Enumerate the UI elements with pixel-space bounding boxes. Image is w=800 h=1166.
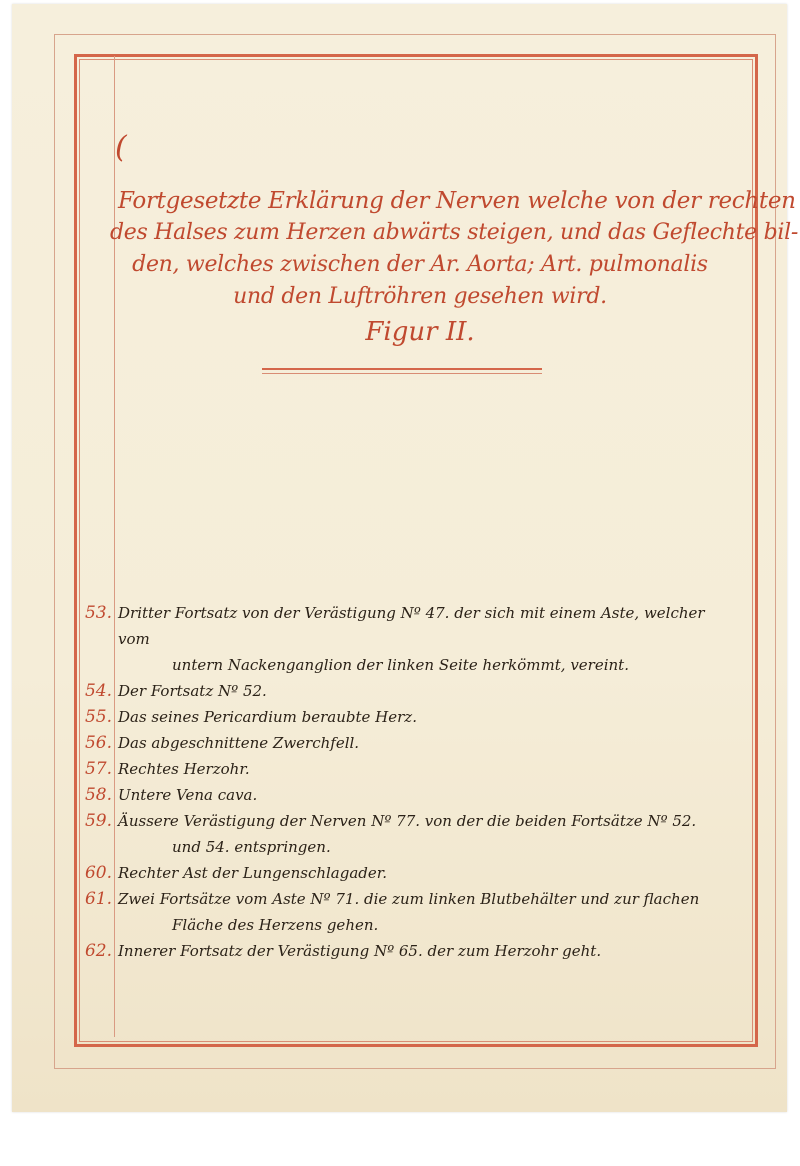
title-block: Fortgesetzte Erklärung der Nerven welche… [110,185,730,349]
legend-entry: 60. Rechter Ast der Lungenschlagader. [76,860,726,886]
title-line: und den Luftröhren gesehen wird. [110,281,730,313]
entry-text: Dritter Fortsatz von der Verästigung Nº … [118,600,726,652]
entry-number: 55. [76,704,112,730]
entry-number: 62. [76,938,112,964]
entry-continuation: und 54. entspringen. [172,834,726,860]
entry-number: 58. [76,782,112,808]
legend-entry: 59. Äussere Verästigung der Nerven Nº 77… [76,808,726,860]
entry-number: 53. [76,600,112,626]
entry-number: 60. [76,860,112,886]
title-line: Fortgesetzte Erklärung der Nerven welche… [110,185,730,217]
entry-text: Der Fortsatz Nº 52. [118,678,726,704]
entry-continuation: Fläche des Herzens gehen. [172,912,726,938]
legend-entry: 58. Untere Vena cava. [76,782,726,808]
legend-entry: 53. Dritter Fortsatz von der Verästigung… [76,600,726,678]
legend-entry: 55. Das seines Pericardium beraubte Herz… [76,704,726,730]
ornament-flourish: ( [115,130,135,170]
title-underline [262,368,542,370]
legend-entry: 54. Der Fortsatz Nº 52. [76,678,726,704]
entry-text: Innerer Fortsatz der Verästigung Nº 65. … [118,938,726,964]
entry-text: Rechtes Herzohr. [118,756,726,782]
legend-entry: 62. Innerer Fortsatz der Verästigung Nº … [76,938,726,964]
title-underline-thin [262,373,542,374]
entry-text: Untere Vena cava. [118,782,726,808]
figure-label: Figur II. [110,315,730,349]
entry-number: 56. [76,730,112,756]
entry-number: 54. [76,678,112,704]
legend-entry: 56. Das abgeschnittene Zwerchfell. [76,730,726,756]
entry-text: Das abgeschnittene Zwerchfell. [118,730,726,756]
title-line: des Halses zum Herzen abwärts steigen, u… [110,217,730,249]
legend-entry: 57. Rechtes Herzohr. [76,756,726,782]
figure-legend: 53. Dritter Fortsatz von der Verästigung… [76,600,726,964]
entry-text: Rechter Ast der Lungenschlagader. [118,860,726,886]
entry-continuation: untern Nackenganglion der linken Seite h… [172,652,726,678]
legend-entry: 61. Zwei Fortsätze vom Aste Nº 71. die z… [76,886,726,938]
entry-number: 59. [76,808,112,834]
title-line: den, welches zwischen der Ar. Aorta; Art… [110,249,730,281]
entry-number: 61. [76,886,112,912]
entry-text: Zwei Fortsätze vom Aste Nº 71. die zum l… [118,886,726,912]
entry-number: 57. [76,756,112,782]
entry-text: Das seines Pericardium beraubte Herz. [118,704,726,730]
entry-text: Äussere Verästigung der Nerven Nº 77. vo… [118,808,726,834]
